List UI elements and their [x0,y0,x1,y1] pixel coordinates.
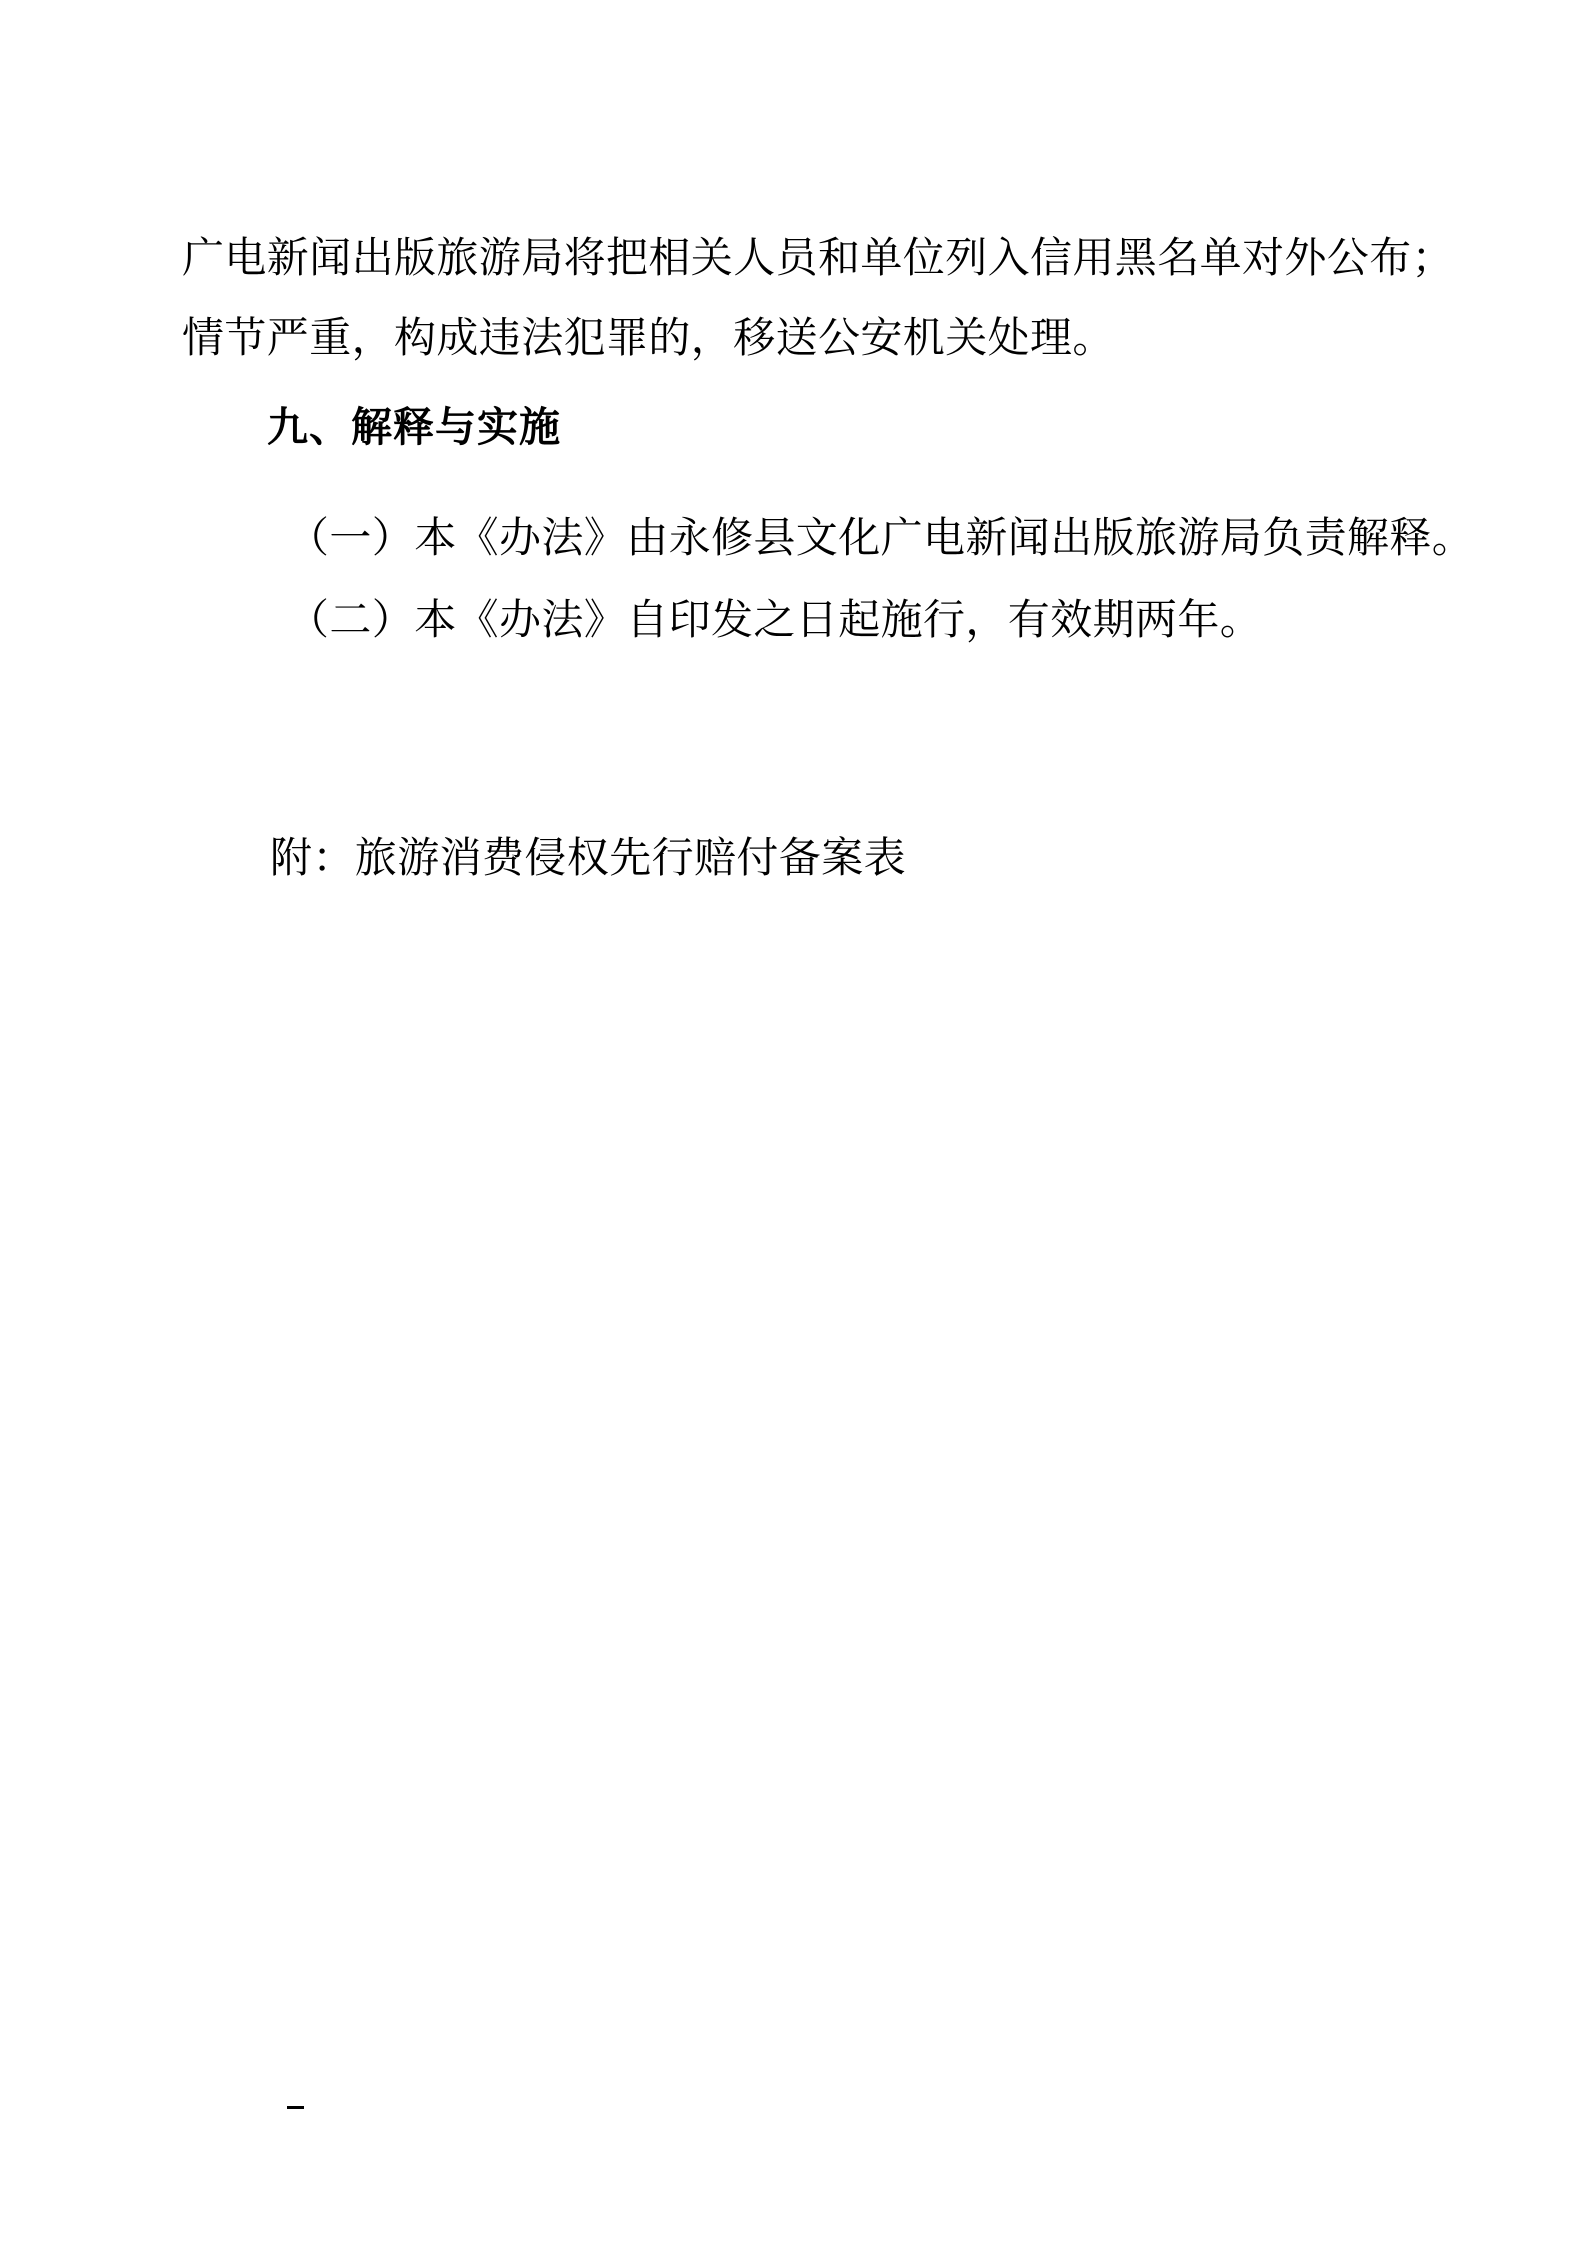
section-heading: 九、解释与实施 [267,407,561,448]
paragraph-line-2: 情节严重，构成违法犯罪的，移送公安机关处理。 [182,318,1115,360]
list-item-2: （二）本《办法》自印发之日起施行，有效期两年。 [287,600,1262,642]
paragraph-line-1: 广电新闻出版旅游局将把相关人员和单位列入信用黑名单对外公布； [182,238,1454,280]
footer-dash [287,2106,304,2109]
attachment-note: 附：旅游消费侵权先行赔付备案表 [270,838,906,880]
document-page: 广电新闻出版旅游局将把相关人员和单位列入信用黑名单对外公布； 情节严重，构成违法… [0,0,1588,2245]
list-item-1: （一）本《办法》由永修县文化广电新闻出版旅游局负责解释。 [287,518,1474,560]
